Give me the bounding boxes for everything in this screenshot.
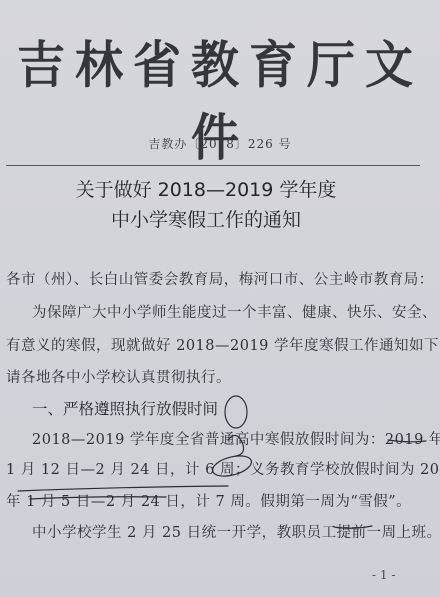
document-page: 吉林省教育厅文件 吉教办〔2018〕226 号 关于做好 2018—2019 学… — [0, 0, 440, 597]
circle-mark-icon — [225, 396, 247, 428]
circle-mark-icon — [210, 452, 253, 480]
handwritten-annotations — [0, 0, 440, 597]
